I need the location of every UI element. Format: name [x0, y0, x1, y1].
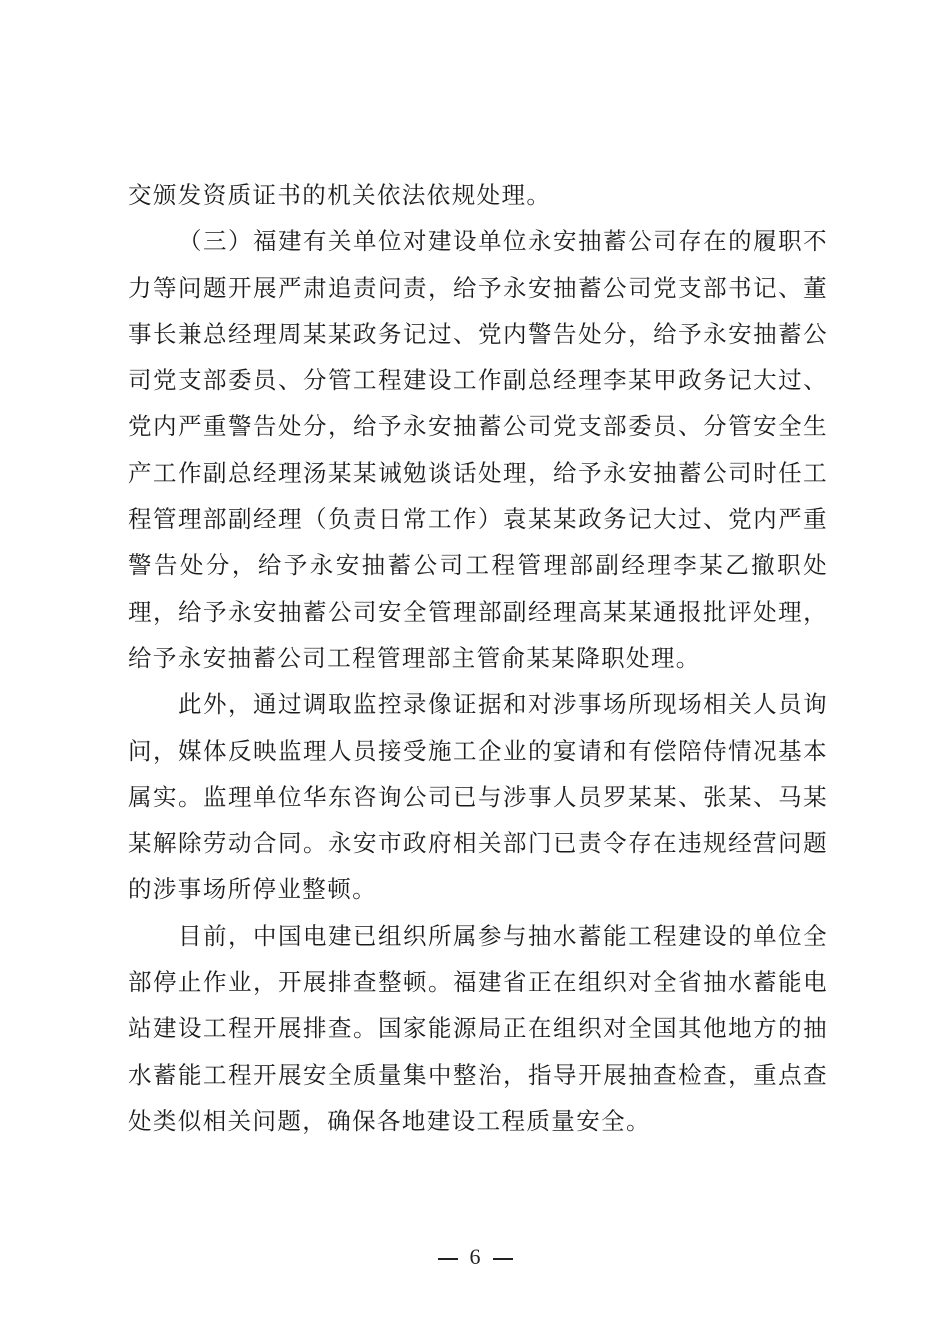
- document-body: 交颁发资质证书的机关依法依规处理。 （三）福建有关单位对建设单位永安抽蓄公司存在…: [128, 172, 828, 1144]
- paragraph-supervision-findings: 此外，通过调取监控录像证据和对涉事场所现场相关人员询问，媒体反映监理人员接受施工…: [128, 681, 828, 912]
- paragraph-current-actions: 目前，中国电建已组织所属参与抽水蓄能工程建设的单位全部停止作业，开展排查整顿。福…: [128, 913, 828, 1144]
- page-number: 6: [470, 1244, 481, 1269]
- page-number-footer: 6: [0, 1244, 950, 1270]
- paragraph-accountability: （三）福建有关单位对建设单位永安抽蓄公司存在的履职不力等问题开展严肃追责问责，给…: [128, 218, 828, 681]
- paragraph-continuation: 交颁发资质证书的机关依法依规处理。: [128, 172, 828, 218]
- dash-left-decoration: [438, 1258, 458, 1260]
- dash-right-decoration: [493, 1258, 513, 1260]
- document-page: 交颁发资质证书的机关依法依规处理。 （三）福建有关单位对建设单位永安抽蓄公司存在…: [0, 0, 950, 1343]
